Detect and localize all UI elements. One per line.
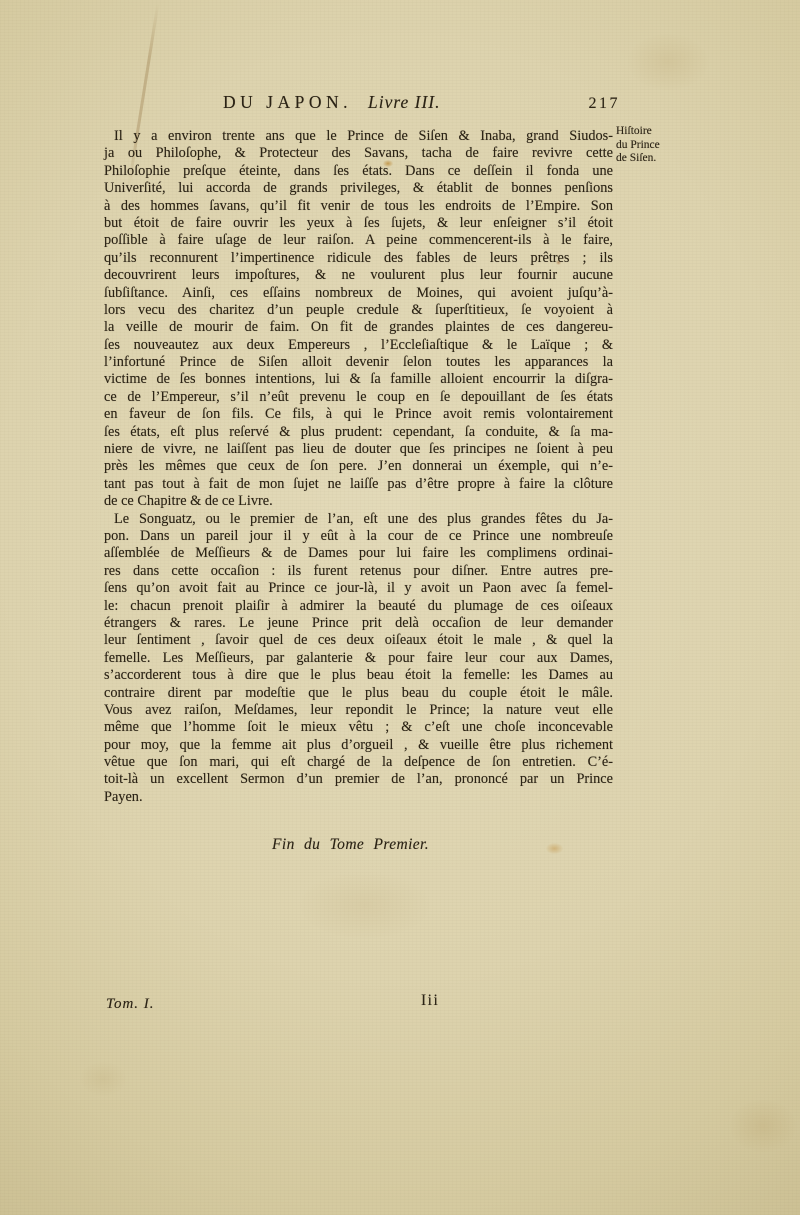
text-line: à des hommes ſavans, qu’il fit venir de … [104, 198, 613, 215]
text-line: ja ou Philoſophe, & Protecteur des Savan… [104, 145, 613, 162]
page-number: 217 [589, 95, 621, 113]
text-line: res dans cette occaſion : ils furent ret… [104, 563, 613, 580]
body-text: Il y a environ trente ans que le Prince … [104, 128, 613, 806]
text-line: étrangers & rares. Le jeune Prince prit … [104, 615, 613, 632]
margin-note: Hiſtoiredu Princede Siſen. [616, 125, 708, 166]
paragraph: Le Songuatz, ou le premier de l’an, eſt … [104, 511, 613, 807]
text-line: poſſible à faire uſage de leur raiſon. A… [104, 232, 613, 249]
fin-line: Fin du Tome Premier. [272, 836, 429, 854]
margin-note-line: du Prince [616, 139, 708, 153]
text-line: même que l’homme ſoit le mieux vêtu ; & … [104, 719, 613, 736]
text-line: s’accorderent tous à dire que le plus be… [104, 667, 613, 684]
text-line: femelle. Les Meſſieurs, par galanterie &… [104, 650, 613, 667]
text-line: qu’ils reconnurent l’impertinence ridicu… [104, 250, 613, 267]
text-line: ſens qu’on avoit fait au Prince ce jour-… [104, 580, 613, 597]
text-line: Il y a environ trente ans que le Prince … [104, 128, 613, 145]
text-line: decouvrirent leurs impoſtures, & ne voul… [104, 267, 613, 284]
text-line: ſes états, eſt plus reſervé & plus prude… [104, 424, 613, 441]
text-line: leur ſentiment , ſavoir quel de ces deux… [104, 632, 613, 649]
text-line: niere de vivre, ne laiſſent pas lieu de … [104, 441, 613, 458]
running-header: DU JAPON. Livre III. 217 [104, 92, 620, 113]
text-line: tant pas tout à fait de mon ſujet ne lai… [104, 476, 613, 493]
text-line: Payen. [104, 789, 613, 806]
text-line: but étoit de faire ouvrir les yeux à ſes… [104, 215, 613, 232]
text-line: en faveur de ſon fils. Ce fils, à qui le… [104, 406, 613, 423]
text-line: ſes nouveautez aux deux Empereurs , l’Ec… [104, 337, 613, 354]
signature-mark: Iii [421, 992, 439, 1010]
header-title: DU JAPON. [223, 92, 352, 113]
text-line: toit-là un excellent Sermon d’un premier… [104, 771, 613, 788]
text-line: le: chacun prenoit plaiſir à admirer la … [104, 598, 613, 615]
text-line: la veille de mourir de faim. On fit de g… [104, 319, 613, 336]
header-book-title: Livre III. [368, 92, 441, 113]
text-line: l’infortuné Prince de Siſen alloit deven… [104, 354, 613, 371]
text-line: ce de l’Empereur, s’il n’eût prevenu le … [104, 389, 613, 406]
tome-label: Tom. I. [106, 996, 155, 1013]
text-line: Philoſophie preſque éteinte, dans ſes ét… [104, 163, 613, 180]
text-line: pon. Dans un pareil jour il y eût à la c… [104, 528, 613, 545]
paragraph: Il y a environ trente ans que le Prince … [104, 128, 613, 511]
text-line: contraire dirent par modeſtie que le plu… [104, 685, 613, 702]
margin-note-line: Hiſtoire [616, 125, 708, 139]
text-line: Univerſité, lui accorda de grands privil… [104, 180, 613, 197]
text-line: Vous avez raiſon, Meſdames, leur repondi… [104, 702, 613, 719]
text-line: lors vecu des charitez d’un peuple credu… [104, 302, 613, 319]
text-line: près les mêmes que ceux de ſon pere. J’e… [104, 458, 613, 475]
text-line: vêtue que ſon mari, qui eſt chargé de la… [104, 754, 613, 771]
text-line: victime de ſes bonnes intentions, lui & … [104, 371, 613, 388]
text-line: pour moy, que la femme ait plus d’orguei… [104, 737, 613, 754]
margin-note-line: de Siſen. [616, 152, 708, 166]
text-line: ſubſiſtance. Ainſi, ces eſſains nombreux… [104, 285, 613, 302]
text-line: aſſemblée de Meſſieurs & de Dames pour l… [104, 545, 613, 562]
text-line: Le Songuatz, ou le premier de l’an, eſt … [104, 511, 613, 528]
text-line: de ce Chapitre & de ce Livre. [104, 493, 613, 510]
